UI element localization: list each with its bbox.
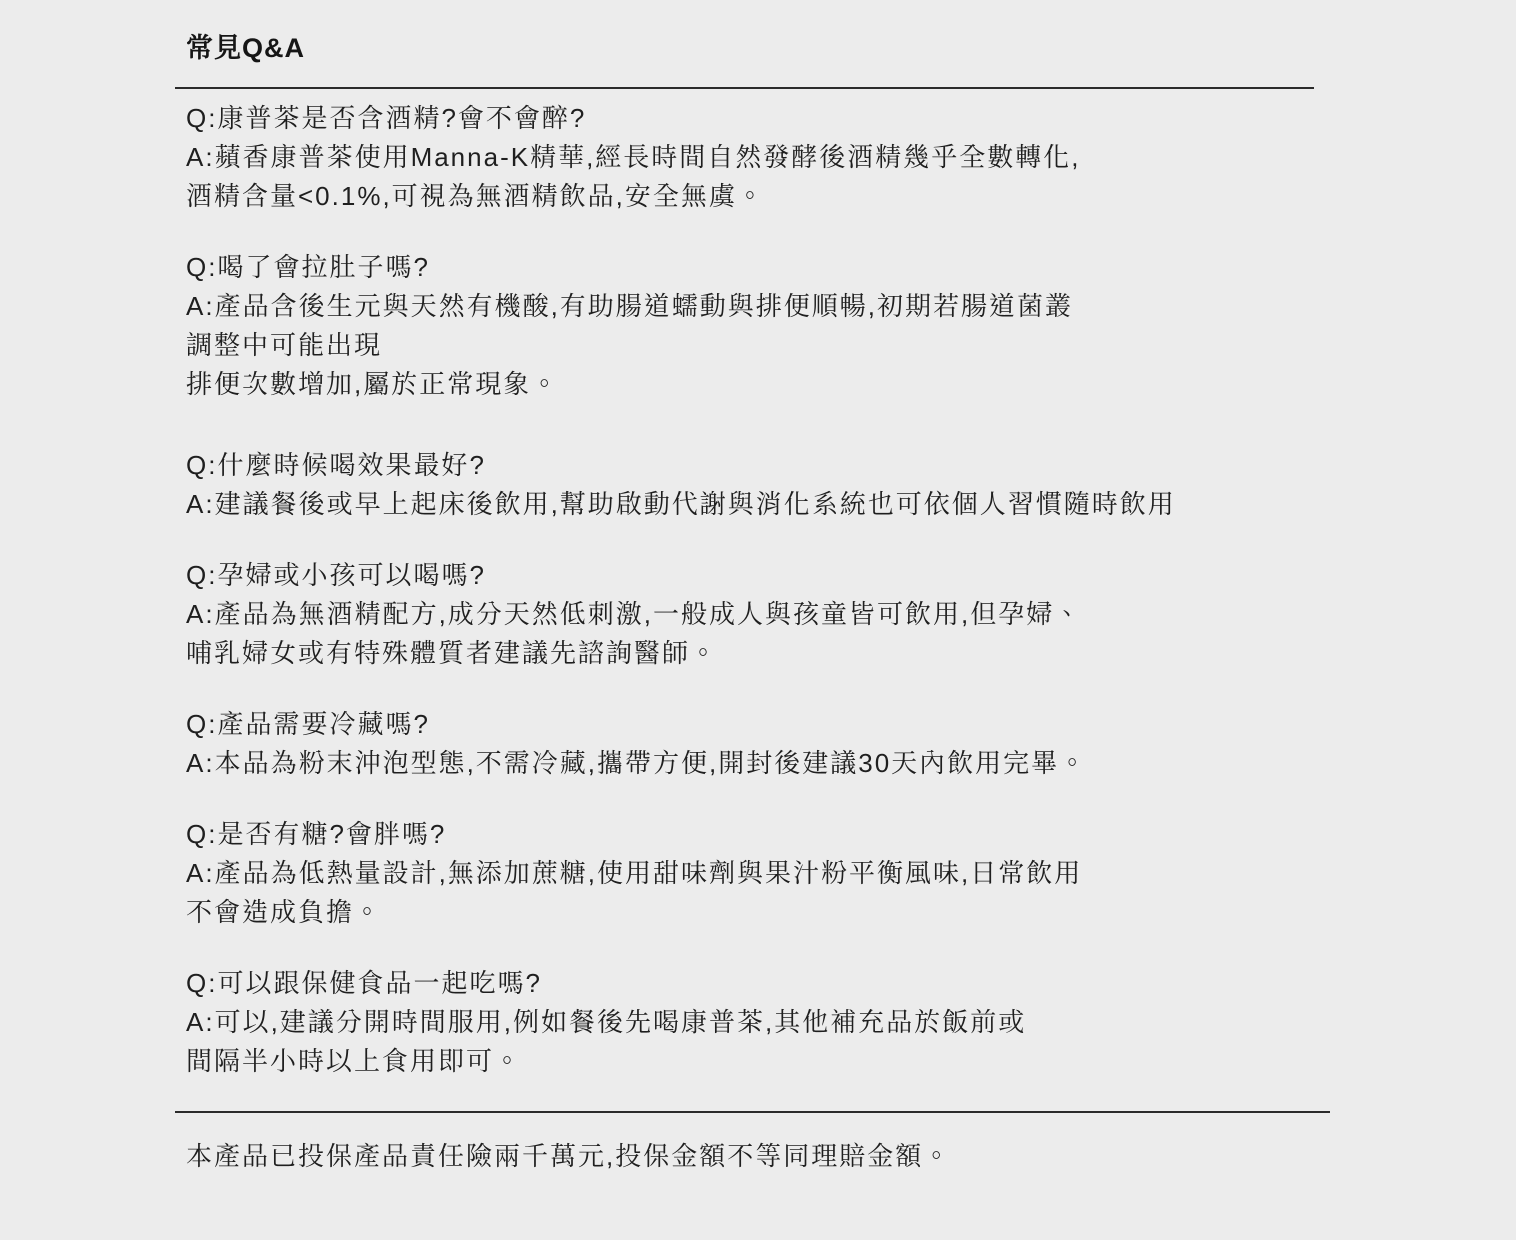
answer-line: A:建議餐後或早上起床後飲用,幫助啟動代謝與消化系統也可依個人習慣隨時飲用: [186, 485, 1516, 524]
qa-item-best-time: Q:什麼時候喝效果最好? A:建議餐後或早上起床後飲用,幫助啟動代謝與消化系統也…: [186, 446, 1516, 524]
qa-item-pregnant-children: Q:孕婦或小孩可以喝嗎? A:產品為無酒精配方,成分天然低刺激,一般成人與孩童皆…: [186, 556, 1516, 673]
qa-item-supplements: Q:可以跟保健食品一起吃嗎? A:可以,建議分開時間服用,例如餐後先喝康普茶,其…: [186, 964, 1516, 1081]
qa-list: Q:康普茶是否含酒精?會不會醉? A:蘋香康普茶使用Manna-K精華,經長時間…: [186, 99, 1516, 1081]
answer-line: A:本品為粉末沖泡型態,不需冷藏,攜帶方便,開封後建議30天內飲用完畢。: [186, 744, 1516, 783]
qa-item-alcohol: Q:康普茶是否含酒精?會不會醉? A:蘋香康普茶使用Manna-K精華,經長時間…: [186, 99, 1516, 216]
answer-line: A:可以,建議分開時間服用,例如餐後先喝康普茶,其他補充品於飯前或: [186, 1003, 1516, 1042]
question-text: Q:喝了會拉肚子嗎?: [186, 248, 1516, 287]
answer-line: 哺乳婦女或有特殊體質者建議先諮詢醫師。: [186, 634, 1516, 673]
answer-line: A:蘋香康普茶使用Manna-K精華,經長時間自然發酵後酒精幾乎全數轉化,: [186, 138, 1516, 177]
answer-line: A:產品為無酒精配方,成分天然低刺激,一般成人與孩童皆可飲用,但孕婦、: [186, 595, 1516, 634]
question-text: Q:孕婦或小孩可以喝嗎?: [186, 556, 1516, 595]
section-title: 常見Q&A: [186, 33, 1516, 64]
answer-line: A:產品為低熱量設計,無添加蔗糖,使用甜味劑與果汁粉平衡風味,日常飲用: [186, 854, 1516, 893]
bottom-divider: [175, 1111, 1330, 1113]
question-text: Q:是否有糖?會胖嗎?: [186, 815, 1516, 854]
qa-item-diarrhea: Q:喝了會拉肚子嗎? A:產品含後生元與天然有機酸,有助腸道蠕動與排便順暢,初期…: [186, 248, 1516, 404]
answer-line: 調整中可能出現: [186, 326, 1516, 365]
faq-section: 常見Q&A Q:康普茶是否含酒精?會不會醉? A:蘋香康普茶使用Manna-K精…: [0, 0, 1516, 1176]
answer-line: 間隔半小時以上食用即可。: [186, 1042, 1516, 1081]
top-divider: [175, 87, 1314, 89]
qa-item-refrigeration: Q:產品需要冷藏嗎? A:本品為粉末沖泡型態,不需冷藏,攜帶方便,開封後建議30…: [186, 705, 1516, 783]
question-text: Q:產品需要冷藏嗎?: [186, 705, 1516, 744]
answer-line: 酒精含量<0.1%,可視為無酒精飲品,安全無虞。: [186, 177, 1516, 216]
answer-line: A:產品含後生元與天然有機酸,有助腸道蠕動與排便順暢,初期若腸道菌叢: [186, 287, 1516, 326]
answer-line: 排便次數增加,屬於正常現象。: [186, 365, 1516, 404]
answer-line: 不會造成負擔。: [186, 893, 1516, 932]
qa-item-sugar: Q:是否有糖?會胖嗎? A:產品為低熱量設計,無添加蔗糖,使用甜味劑與果汁粉平衡…: [186, 815, 1516, 932]
question-text: Q:可以跟保健食品一起吃嗎?: [186, 964, 1516, 1003]
insurance-disclaimer: 本產品已投保產品責任險兩千萬元,投保金額不等同理賠金額。: [186, 1137, 1516, 1176]
question-text: Q:康普茶是否含酒精?會不會醉?: [186, 99, 1516, 138]
question-text: Q:什麼時候喝效果最好?: [186, 446, 1516, 485]
